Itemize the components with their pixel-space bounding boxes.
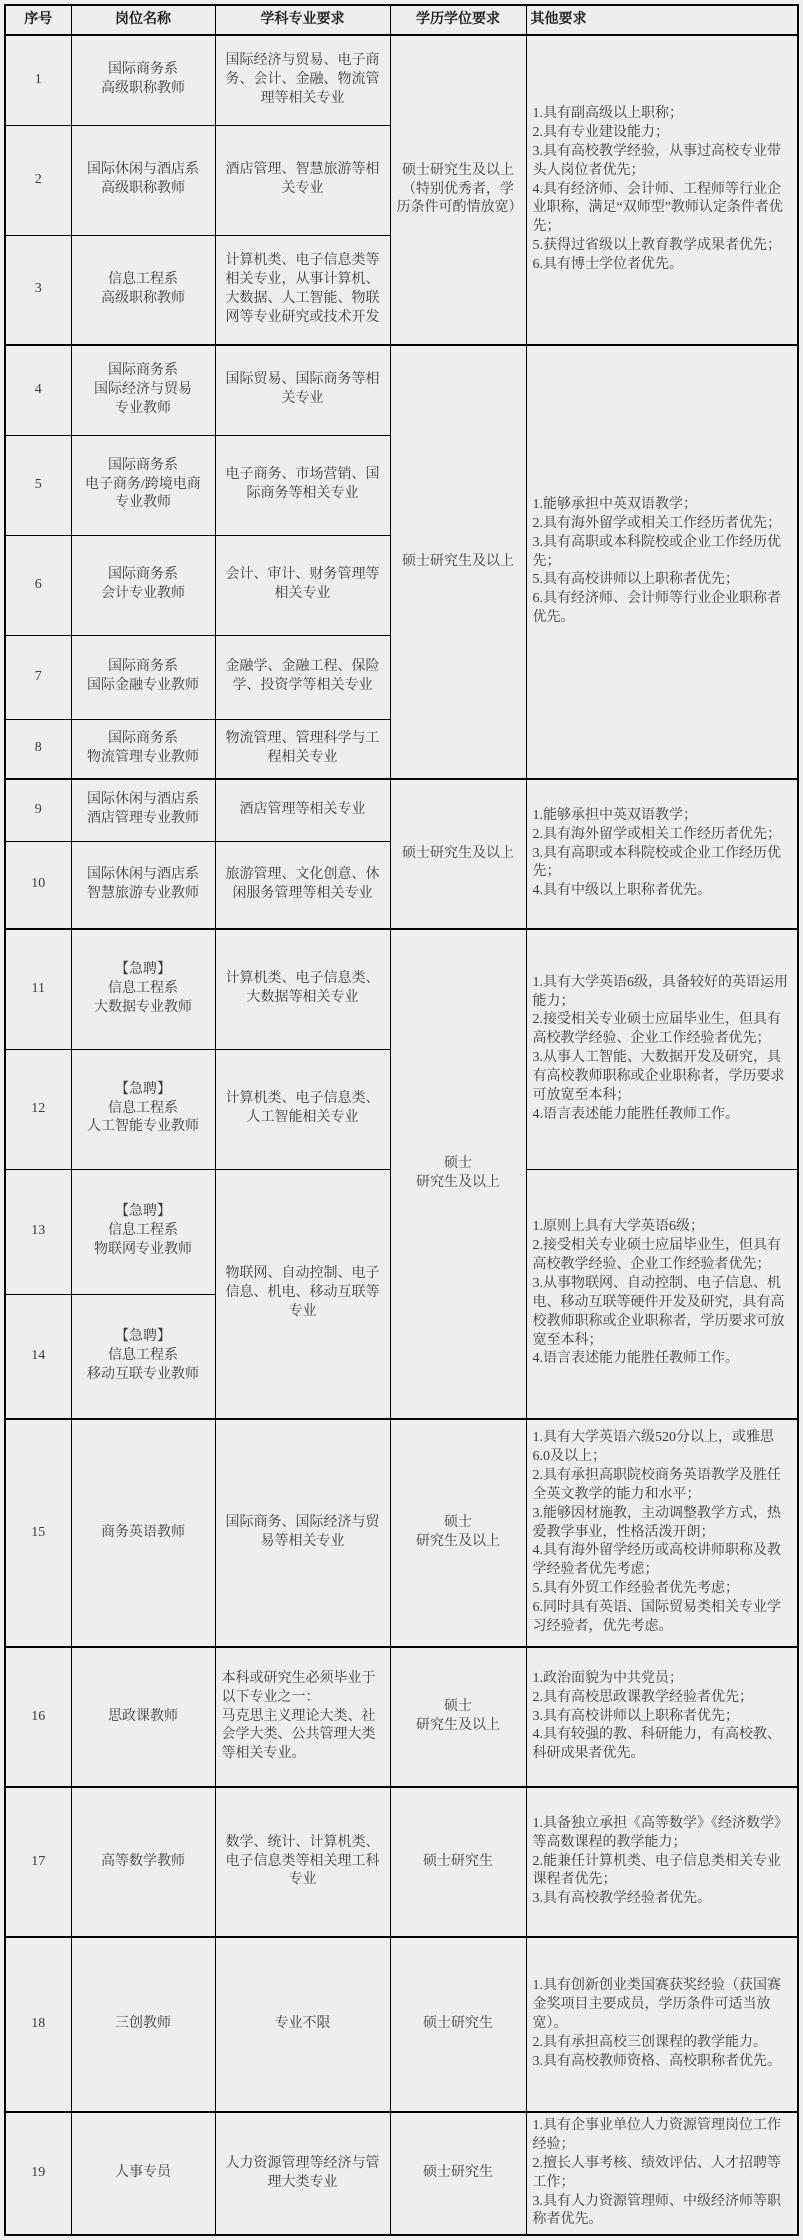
position-no: 8 <box>5 719 71 779</box>
table-row-17: 17 高等数学教师 数学、统计、计算机类、电子信息类等相关理工科专业 硕士研究生… <box>5 1787 798 1937</box>
position-name: 思政课教师 <box>71 1647 215 1787</box>
degree-requirement: 硕士研究生 <box>390 1787 526 1937</box>
position-name: 国际休闲与酒店系 酒店管理专业教师 <box>71 779 215 841</box>
position-name: 国际商务系 物流管理专业教师 <box>71 719 215 779</box>
col-header-no: 序号 <box>5 5 71 35</box>
position-no: 18 <box>5 1937 71 2112</box>
position-name: 三创教师 <box>71 1937 215 2112</box>
position-no: 4 <box>5 345 71 435</box>
major-requirement: 专业不限 <box>215 1937 390 2112</box>
position-no: 14 <box>5 1294 71 1419</box>
table-row-1: 1 国际商务系 高级职称教师 国际经济与贸易、电子商务、会计、金融、物流管理等相… <box>5 35 798 125</box>
position-no: 13 <box>5 1169 71 1294</box>
col-header-major-requirement: 学科专业要求 <box>215 5 390 35</box>
major-requirement: 国际商务、国际经济与贸易等相关专业 <box>215 1419 390 1647</box>
position-no: 7 <box>5 635 71 719</box>
major-requirement: 会计、审计、财务管理等相关专业 <box>215 535 390 635</box>
recruitment-table: 序号 岗位名称 学科专业要求 学历学位要求 其他要求 1 国际商务系 高级职称教… <box>4 4 799 2236</box>
major-requirement: 计算机类、电子信息类等相关专业，从事计算机、大数据、人工智能、物联网等专业研究或… <box>215 235 390 345</box>
major-requirement: 物流管理、管理科学与工程相关专业 <box>215 719 390 779</box>
position-no: 2 <box>5 125 71 235</box>
position-no: 16 <box>5 1647 71 1787</box>
table-row-16: 16 思政课教师 本科或研究生必须毕业于以下专业之一： 马克思主义理论大类、社会… <box>5 1647 798 1787</box>
position-no: 6 <box>5 535 71 635</box>
degree-requirement: 硕士研究生及以上 <box>390 779 526 929</box>
position-no: 19 <box>5 2112 71 2235</box>
table-row-19: 19 人事专员 人力资源管理等经济与管理大类专业 硕士研究生 1.具有企事业单位… <box>5 2112 798 2235</box>
position-name: 国际商务系 电子商务/跨境电商 专业教师 <box>71 435 215 535</box>
major-requirement: 酒店管理等相关专业 <box>215 779 390 841</box>
other-requirements: 1.能够承担中英双语教学； 2.具有海外留学或相关工作经历者优先； 3.具有高职… <box>526 345 798 779</box>
table-row-15: 15 商务英语教师 国际商务、国际经济与贸易等相关专业 硕士 研究生及以上 1.… <box>5 1419 798 1647</box>
header-row: 序号 岗位名称 学科专业要求 学历学位要求 其他要求 <box>5 5 798 35</box>
major-requirement: 酒店管理、智慧旅游等相关专业 <box>215 125 390 235</box>
table-row-18: 18 三创教师 专业不限 硕士研究生 1.具有创新创业类国赛获奖经验（获国赛金奖… <box>5 1937 798 2112</box>
position-name: 国际商务系 高级职称教师 <box>71 35 215 125</box>
page: 序号 岗位名称 学科专业要求 学历学位要求 其他要求 1 国际商务系 高级职称教… <box>0 0 803 2240</box>
other-requirements: 1.具有大学英语六级520分以上，或雅思6.0及以上； 2.具有承担高职院校商务… <box>526 1419 798 1647</box>
table-row-4: 4 国际商务系 国际经济与贸易 专业教师 国际贸易、国际商务等相关专业 硕士研究… <box>5 345 798 435</box>
major-requirement: 人力资源管理等经济与管理大类专业 <box>215 2112 390 2235</box>
other-requirements: 1.具有创新创业类国赛获奖经验（获国赛金奖项目主要成员，学历条件可适当放宽）。 … <box>526 1937 798 2112</box>
other-requirements: 1.政治面貌为中共党员； 2.具有高校思政课教学经验者优先； 3.具有高校讲师以… <box>526 1647 798 1787</box>
position-no: 11 <box>5 929 71 1049</box>
position-no: 10 <box>5 841 71 929</box>
degree-requirement: 硕士 研究生及以上 <box>390 929 526 1419</box>
degree-requirement: 硕士研究生及以上 （特别优秀者，学历条件可酌情放宽） <box>390 35 526 345</box>
position-name: 人事专员 <box>71 2112 215 2235</box>
position-name: 国际商务系 国际经济与贸易 专业教师 <box>71 345 215 435</box>
col-header-position-name: 岗位名称 <box>71 5 215 35</box>
major-requirement: 电子商务、市场营销、国际商务等相关专业 <box>215 435 390 535</box>
degree-requirement: 硕士研究生 <box>390 2112 526 2235</box>
other-requirements: 1.能够承担中英双语教学； 2.具有海外留学或相关工作经历者优先； 3.具有高职… <box>526 779 798 929</box>
position-name: 国际商务系 国际金融专业教师 <box>71 635 215 719</box>
other-requirements: 1.原则上具有大学英语6级； 2.接受相关专业硕士应届毕业生，但具有高校教学经验… <box>526 1169 798 1419</box>
degree-requirement: 硕士 研究生及以上 <box>390 1419 526 1647</box>
major-requirement: 金融学、金融工程、保险学、投资学等相关专业 <box>215 635 390 719</box>
position-no: 17 <box>5 1787 71 1937</box>
col-header-degree-requirement: 学历学位要求 <box>390 5 526 35</box>
major-requirement: 本科或研究生必须毕业于以下专业之一： 马克思主义理论大类、社会学大类、公共管理大… <box>215 1647 390 1787</box>
other-requirements: 1.具有企事业单位人力资源管理岗位工作经验； 2.擅长人事考核、绩效评估、人才招… <box>526 2112 798 2235</box>
position-no: 15 <box>5 1419 71 1647</box>
position-name: 国际休闲与酒店系 高级职称教师 <box>71 125 215 235</box>
position-name: 国际休闲与酒店系 智慧旅游专业教师 <box>71 841 215 929</box>
major-requirement: 数学、统计、计算机类、电子信息类等相关理工科专业 <box>215 1787 390 1937</box>
table-row-11: 11 【急聘】 信息工程系 大数据专业教师 计算机类、电子信息类、大数据等相关专… <box>5 929 798 1049</box>
major-requirement: 旅游管理、文化创意、休闲服务管理等相关专业 <box>215 841 390 929</box>
position-name: 【急聘】 信息工程系 人工智能专业教师 <box>71 1049 215 1169</box>
position-no: 9 <box>5 779 71 841</box>
position-name: 高等数学教师 <box>71 1787 215 1937</box>
col-header-other-requirements: 其他要求 <box>526 5 798 35</box>
other-requirements: 1.具有大学英语6级，具备较好的英语运用能力； 2.接受相关专业硕士应届毕业生，… <box>526 929 798 1169</box>
position-no: 5 <box>5 435 71 535</box>
position-name: 国际商务系 会计专业教师 <box>71 535 215 635</box>
major-requirement: 物联网、自动控制、电子信息、机电、移动互联等专业 <box>215 1169 390 1419</box>
degree-requirement: 硕士研究生 <box>390 1937 526 2112</box>
other-requirements: 1.具有副高级以上职称； 2.具有专业建设能力； 3.具有高校教学经验，从事过高… <box>526 35 798 345</box>
degree-requirement: 硕士研究生及以上 <box>390 345 526 779</box>
position-no: 3 <box>5 235 71 345</box>
position-name: 【急聘】 信息工程系 移动互联专业教师 <box>71 1294 215 1419</box>
position-no: 1 <box>5 35 71 125</box>
position-name: 【急聘】 信息工程系 物联网专业教师 <box>71 1169 215 1294</box>
position-name: 商务英语教师 <box>71 1419 215 1647</box>
position-name: 信息工程系 高级职称教师 <box>71 235 215 345</box>
major-requirement: 国际贸易、国际商务等相关专业 <box>215 345 390 435</box>
major-requirement: 计算机类、电子信息类、大数据等相关专业 <box>215 929 390 1049</box>
table-row-9: 9 国际休闲与酒店系 酒店管理专业教师 酒店管理等相关专业 硕士研究生及以上 1… <box>5 779 798 841</box>
major-requirement: 国际经济与贸易、电子商务、会计、金融、物流管理等相关专业 <box>215 35 390 125</box>
position-no: 12 <box>5 1049 71 1169</box>
position-name: 【急聘】 信息工程系 大数据专业教师 <box>71 929 215 1049</box>
major-requirement: 计算机类、电子信息类、人工智能相关专业 <box>215 1049 390 1169</box>
other-requirements: 1.具备独立承担《高等数学》《经济数学》等高数课程的教学能力； 2.能兼任计算机… <box>526 1787 798 1937</box>
degree-requirement: 硕士 研究生及以上 <box>390 1647 526 1787</box>
